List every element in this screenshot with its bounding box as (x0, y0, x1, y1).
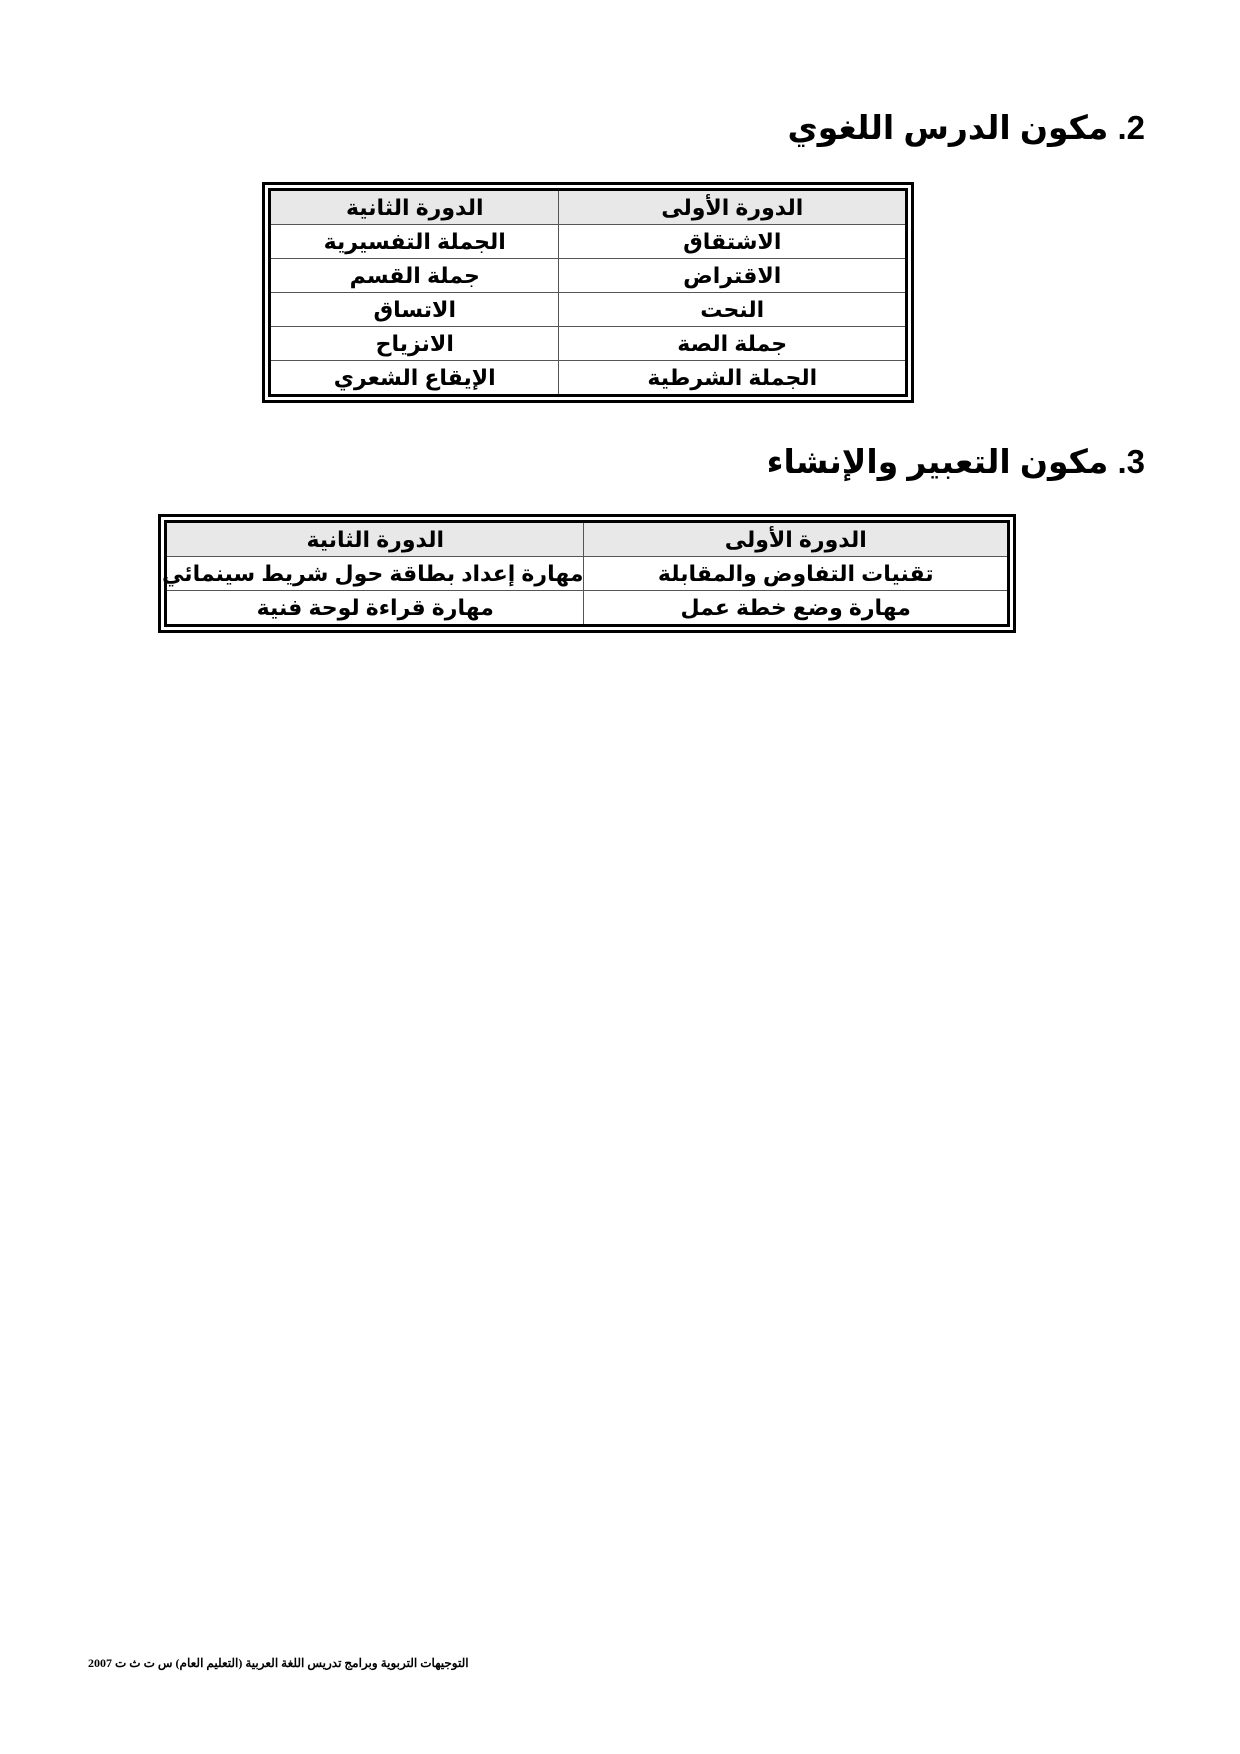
table-row: النحت الاتساق (271, 293, 905, 327)
cell-second-term: الجملة التفسيرية (271, 225, 559, 259)
cell-second-term: مهارة إعداد بطاقة حول شريط سينمائي (167, 557, 584, 591)
header-second-term: الدورة الثانية (271, 191, 559, 225)
table-row: مهارة وضع خطة عمل مهارة قراءة لوحة فنية (167, 591, 1007, 625)
cell-second-term: الإيقاع الشعري (271, 361, 559, 395)
page-footer: التوجيهات التربوية وبرامج تدريس اللغة ال… (88, 1656, 469, 1671)
cell-first-term: تقنيات التفاوض والمقابلة (584, 557, 1007, 591)
cell-second-term: جملة القسم (271, 259, 559, 293)
cell-first-term: جملة الصة (559, 327, 905, 361)
cell-first-term: الجملة الشرطية (559, 361, 905, 395)
cell-first-term: مهارة وضع خطة عمل (584, 591, 1007, 625)
table-row: الاقتراض جملة القسم (271, 259, 905, 293)
table-header-row: الدورة الأولى الدورة الثانية (271, 191, 905, 225)
table-row: تقنيات التفاوض والمقابلة مهارة إعداد بطا… (167, 557, 1007, 591)
expression-composition-table: الدورة الأولى الدورة الثانية تقنيات التف… (158, 514, 1016, 633)
cell-first-term: النحت (559, 293, 905, 327)
cell-first-term: الاشتقاق (559, 225, 905, 259)
table-row: الاشتقاق الجملة التفسيرية (271, 225, 905, 259)
header-first-term: الدورة الأولى (559, 191, 905, 225)
section-title-expression-composition: 3. مكون التعبير والإنشاء (767, 442, 1145, 482)
cell-first-term: الاقتراض (559, 259, 905, 293)
section-title-linguistic-lesson: 2. مكون الدرس اللغوي (787, 108, 1145, 148)
header-first-term: الدورة الأولى (584, 523, 1007, 557)
table-row: الجملة الشرطية الإيقاع الشعري (271, 361, 905, 395)
cell-second-term: الانزياح (271, 327, 559, 361)
cell-second-term: مهارة قراءة لوحة فنية (167, 591, 584, 625)
header-second-term: الدورة الثانية (167, 523, 584, 557)
table-header-row: الدورة الأولى الدورة الثانية (167, 523, 1007, 557)
linguistic-lesson-table: الدورة الأولى الدورة الثانية الاشتقاق ال… (262, 182, 914, 403)
table-row: جملة الصة الانزياح (271, 327, 905, 361)
cell-second-term: الاتساق (271, 293, 559, 327)
